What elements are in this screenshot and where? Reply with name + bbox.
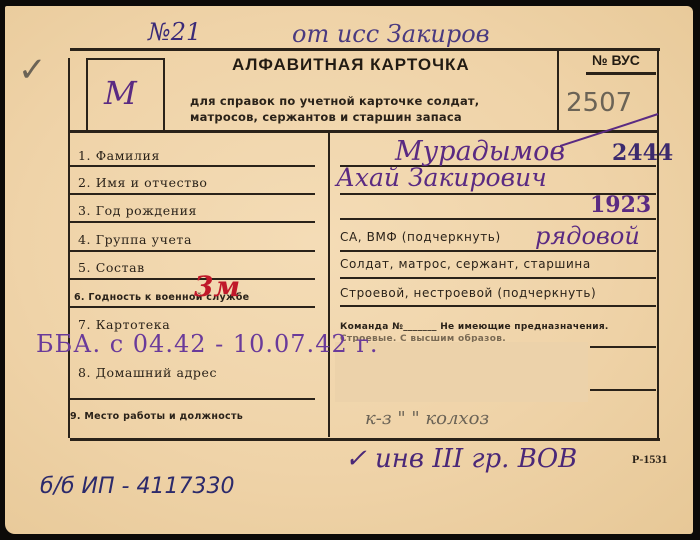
row-line bbox=[340, 250, 656, 252]
row-line bbox=[70, 193, 315, 195]
row-line bbox=[70, 221, 315, 223]
field-label-work: 9. Место работы и должность bbox=[70, 411, 243, 422]
checkmark-icon: ✓ bbox=[18, 50, 47, 90]
row-line bbox=[590, 346, 656, 348]
composition-options: Солдат, матрос, сержант, старшина bbox=[340, 257, 591, 271]
card-number-handwritten: №21 bbox=[148, 18, 201, 46]
file-options: Команда №_______ Не имеющие предназначен… bbox=[340, 322, 609, 332]
frame-right-line bbox=[657, 48, 659, 440]
disability-note: ✓ инв III гр. ВОВ bbox=[345, 444, 577, 474]
row-line bbox=[340, 277, 656, 279]
birth-year-value: 1923 bbox=[590, 192, 651, 218]
card-subtitle: для справок по учетной карточке солдат, … bbox=[190, 93, 479, 125]
bottom-left-note: б/б ИП - 4117330 bbox=[40, 474, 234, 499]
field-label-birth-year: 3. Год рождения bbox=[78, 203, 197, 218]
card-title: АЛФАВИТНАЯ КАРТОЧКА bbox=[232, 55, 470, 75]
fitness-options: Строевой, нестроевой (подчеркнуть) bbox=[340, 286, 596, 300]
column-divider bbox=[328, 132, 330, 437]
name-value: Ахай Закирович bbox=[336, 163, 547, 192]
row-line bbox=[590, 389, 656, 391]
header-note-handwritten: от исс Закиров bbox=[292, 20, 490, 48]
row-line bbox=[70, 306, 315, 308]
print-code: Р-1531 bbox=[632, 452, 667, 467]
row-line bbox=[70, 165, 315, 167]
field-label-group: 4. Группа учета bbox=[78, 232, 192, 247]
letter-box-value: М bbox=[104, 74, 137, 112]
row-line bbox=[70, 398, 315, 400]
field-label-address: 8. Домашний адрес bbox=[78, 365, 217, 380]
field-label-composition: 5. Состав bbox=[78, 260, 145, 275]
row-line bbox=[340, 305, 656, 307]
subtitle-line-1: для справок по учетной карточке солдат, bbox=[190, 93, 479, 109]
surname-extra-value: 2444 bbox=[612, 140, 673, 166]
frame-left-line bbox=[68, 58, 70, 438]
vus-label: № ВУС bbox=[592, 52, 640, 68]
field-label-name: 2. Имя и отчество bbox=[78, 175, 207, 190]
row-line bbox=[70, 250, 315, 252]
field-label-surname: 1. Фамилия bbox=[78, 148, 160, 163]
work-value: к-з " " колхоз bbox=[365, 408, 489, 429]
fitness-value: 3м bbox=[194, 270, 240, 303]
row-line bbox=[340, 218, 656, 220]
group-value: рядовой bbox=[535, 222, 640, 250]
frame-top-line bbox=[70, 48, 660, 51]
subtitle-line-2: матросов, сержантов и старшин запаса bbox=[190, 109, 479, 125]
row-line bbox=[70, 278, 315, 280]
file-value: ББА. с 04.42 - 10.07.42 г. bbox=[36, 330, 379, 358]
frame-bottom-line bbox=[70, 438, 660, 441]
vus-divider bbox=[557, 50, 559, 130]
group-options: СА, ВМФ (подчеркнуть) bbox=[340, 230, 501, 244]
vus-underline bbox=[586, 72, 656, 75]
